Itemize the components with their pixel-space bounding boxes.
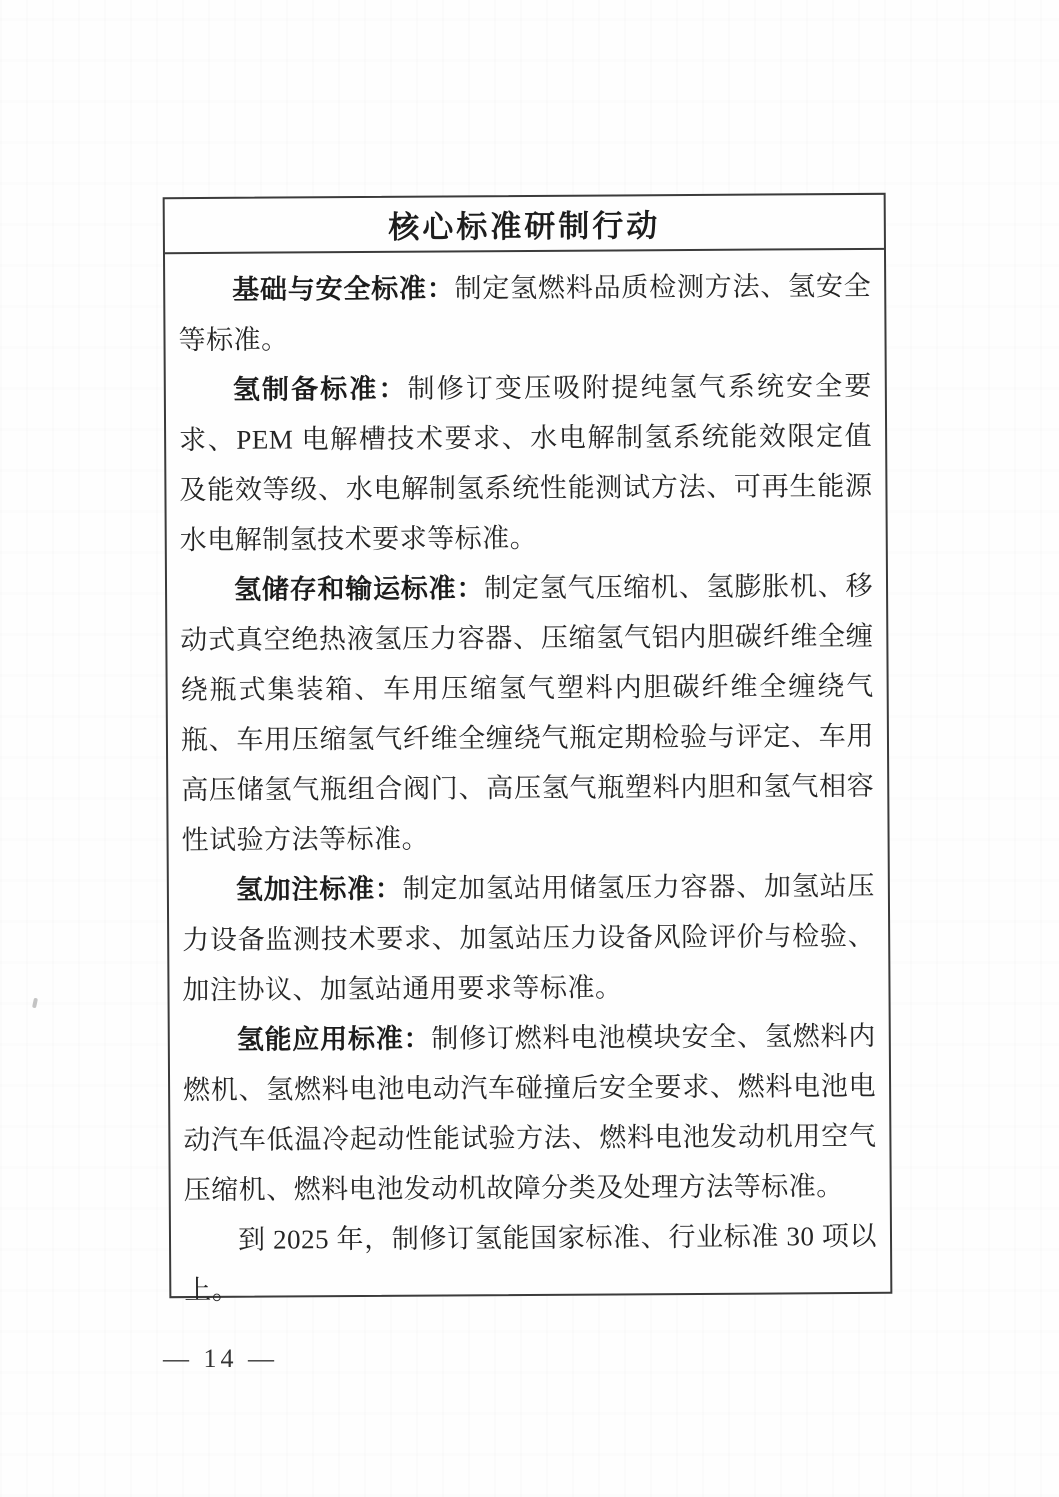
core-standards-box: 核心标准研制行动 基础与安全标准：制定氢燃料品质检测方法、氢安全等标准。 氢制备…: [163, 193, 893, 1298]
paragraph-refueling-standards: 氢加注标准：制定加氢站用储氢压力容器、加氢站压力设备监测技术要求、加氢站压力设备…: [182, 861, 876, 1015]
box-title: 核心标准研制行动: [388, 200, 660, 247]
scan-artifact: [32, 998, 38, 1009]
paragraph-hydrogen-production-standards: 氢制备标准：制修订变压吸附提纯氢气系统安全要求、PEM 电解槽技术要求、水电解制…: [179, 361, 873, 565]
document-page: 核心标准研制行动 基础与安全标准：制定氢燃料品质检测方法、氢安全等标准。 氢制备…: [0, 0, 1059, 1497]
paragraph-basic-safety-standards: 基础与安全标准：制定氢燃料品质检测方法、氢安全等标准。: [178, 261, 872, 365]
paragraph-application-standards: 氢能应用标准：制修订燃料电池模块安全、氢燃料内燃机、氢燃料电池电动汽车碰撞后安全…: [183, 1011, 877, 1215]
paragraph-text: 制定氢气压缩机、氢膨胀机、移动式真空绝热液氢压力容器、压缩氢气铝内胆碳纤维全缠绕…: [180, 571, 874, 855]
paragraph-target-2025: 到 2025 年，制修订氢能国家标准、行业标准 30 项以上。: [184, 1211, 878, 1315]
paragraph-lead: 氢加注标准：: [236, 874, 403, 905]
box-body: 基础与安全标准：制定氢燃料品质检测方法、氢安全等标准。 氢制备标准：制修订变压吸…: [165, 250, 890, 1315]
paragraph-lead: 氢制备标准：: [233, 374, 408, 405]
paragraph-lead: 氢储存和输运标准：: [234, 573, 484, 605]
box-title-row: 核心标准研制行动: [165, 195, 884, 254]
paragraph-storage-transport-standards: 氢储存和输运标准：制定氢气压缩机、氢膨胀机、移动式真空绝热液氢压力容器、压缩氢气…: [180, 561, 875, 865]
paragraph-lead: 基础与安全标准：: [232, 273, 455, 304]
page-number: — 14 —: [163, 1344, 278, 1374]
paragraph-text: 到 2025 年，制修订氢能国家标准、行业标准 30 项以上。: [184, 1221, 877, 1305]
paragraph-lead: 氢能应用标准：: [237, 1024, 432, 1055]
